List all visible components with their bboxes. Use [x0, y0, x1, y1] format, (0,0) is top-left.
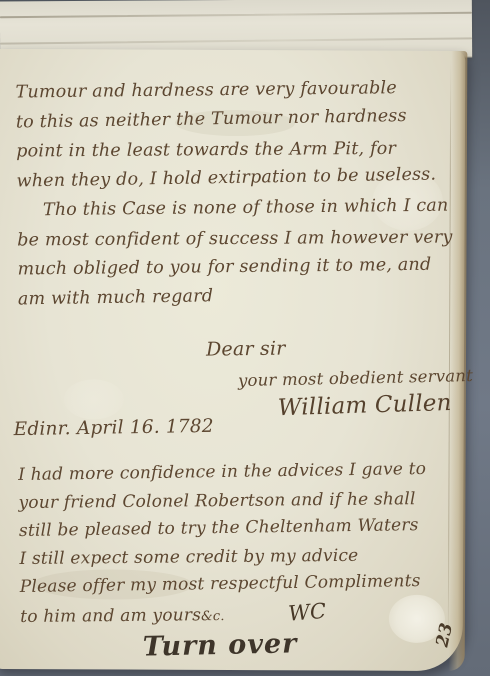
- postscript-line: still be pleased to try the Cheltenham W…: [19, 511, 427, 545]
- paper-crease: [0, 12, 472, 19]
- letter-page: Tumour and hardness are very favourable …: [0, 49, 465, 671]
- manuscript-photo: Tumour and hardness are very favourable …: [0, 0, 490, 676]
- postscript-line: to him and am yours&c. WC: [20, 597, 428, 633]
- turn-over-note: Turn over: [142, 628, 297, 662]
- etc-abbreviation: &c.: [201, 603, 225, 631]
- dateline: Edinr. April 16. 1782: [14, 416, 214, 440]
- postscript-line: I had more confidence in the advices I g…: [18, 455, 426, 489]
- author-initials: WC: [288, 597, 328, 628]
- salutation: Dear sir: [206, 338, 286, 361]
- paper-spot: [64, 379, 124, 419]
- letter-body: Tumour and hardness are very favourable …: [15, 74, 453, 315]
- postscript-last-text: to him and am yours: [20, 601, 201, 631]
- signature: William Cullen: [277, 390, 452, 421]
- postscript-line: Please offer my most respectful Complime…: [20, 567, 428, 601]
- valediction: your most obedient servant: [238, 366, 473, 390]
- postscript: I had more confidence in the advices I g…: [18, 455, 429, 633]
- paper-crease: [0, 37, 472, 44]
- body-line: Tho this Case is none of those in which …: [17, 192, 453, 226]
